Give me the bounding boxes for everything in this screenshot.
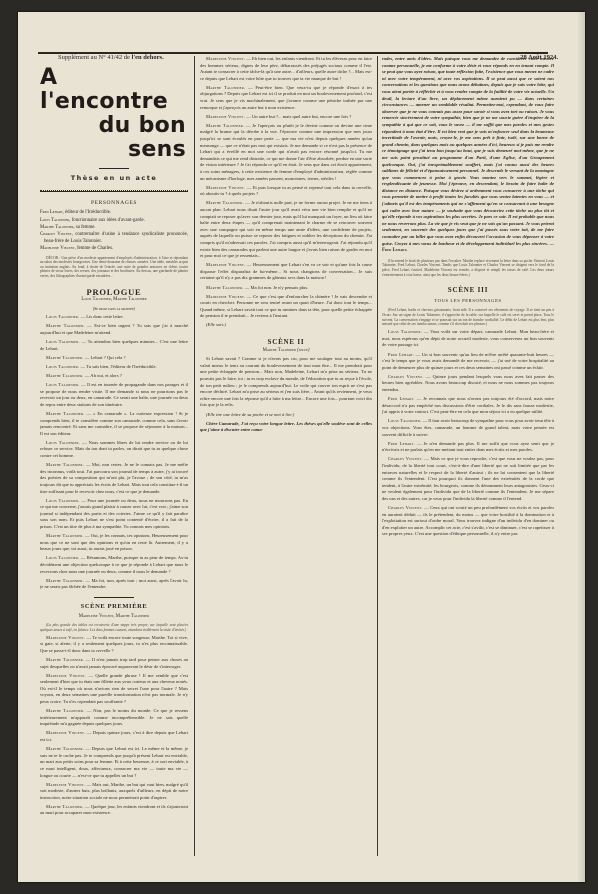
dialogue-line: Madeleine Vincent. — Te voilà encore tou… bbox=[40, 635, 188, 655]
dialogue-line: Madeleine Vincent. — Un autre but ?... m… bbox=[200, 114, 372, 121]
scene3-stage: (Fred Lehart, barbe et cheveux grisonnan… bbox=[382, 308, 554, 326]
scene1-dialogue: Madeleine Vincent. — Te voilà encore tou… bbox=[40, 635, 188, 817]
speaker-name: Madeleine Vincent. bbox=[46, 673, 86, 678]
dialogue-text: — Ma foi non. Je n'y pensais plus. bbox=[244, 285, 309, 290]
speaker-name: Fred Lehart. bbox=[388, 441, 415, 446]
dialogue-text: — Un autre but ?... mais quel autre but,… bbox=[245, 114, 351, 119]
cast-name: Marthe Talonnier, bbox=[40, 225, 75, 230]
dialogue-line: Madeleine Vincent. — Ce que c'est que d'… bbox=[200, 294, 372, 320]
dialogue-line: Madeleine Vincent. — Depuis quinze jours… bbox=[40, 730, 188, 743]
speaker-name: Louis Talonnier. bbox=[46, 314, 79, 319]
dialogue-line: Marthe Talonnier. — Ma foi non. Je n'y p… bbox=[200, 285, 372, 292]
scene-stage-entrance: (On entend le bruit de plusieurs pas dan… bbox=[382, 259, 554, 277]
scene2-heading: SCÈNE II bbox=[200, 339, 372, 346]
speaker-name: Madeleine Vincent. bbox=[206, 294, 245, 299]
dialogue-text: — Lehart ? Qui cela ? bbox=[84, 355, 126, 360]
dialogue-line: Madeleine Vincent. — Quelle grande phras… bbox=[40, 673, 188, 706]
dialogue-line: Marthe Talonnier. — « En camarade ». La … bbox=[40, 411, 188, 437]
speaker-name: Madeleine Vincent. bbox=[206, 262, 245, 267]
dialogue-line: Charles Vincent. — Ceux qui ont scruté u… bbox=[382, 505, 554, 538]
prologue-stage: (Se passe dans la matinée) bbox=[40, 306, 188, 313]
dialogue-line: Madeleine Vincent. — Et puis lorsque tu … bbox=[200, 185, 372, 198]
scene2-monologue: Si Lehart savait ? Comme si je n'avais p… bbox=[200, 356, 372, 409]
cast-entry: Madeleine Vincent, femme de Charles. bbox=[40, 246, 188, 252]
speaker-name: Marthe Talonnier. bbox=[46, 462, 84, 467]
speaker-name: Fred Lehart. bbox=[388, 396, 415, 401]
column-1: A l'encontre du bon sens Thèse en un act… bbox=[40, 56, 188, 861]
letter-start: Chère Camarade, J'ai reçu votre longue l… bbox=[200, 421, 372, 434]
speaker-name: Marthe Talonnier. bbox=[206, 200, 244, 205]
dialogue-line: Marthe Talonnier. — Non, pas le moins du… bbox=[40, 708, 188, 728]
dialogue-line: Marthe Talonnier. — Ah oui, et alors ? bbox=[40, 373, 188, 380]
section-divider bbox=[94, 597, 134, 598]
speaker-name: Marthe Talonnier. bbox=[46, 323, 85, 328]
cast-desc: sa femme. bbox=[75, 225, 96, 230]
speaker-name: Marthe Talonnier. bbox=[46, 804, 84, 809]
speaker-name: Marthe Talonnier. bbox=[206, 285, 244, 290]
dialogue-line: Charles Vincent. — Mais ce que je vous r… bbox=[382, 456, 554, 502]
speaker-name: Madeleine Vincent. bbox=[46, 635, 85, 640]
dialogue-line: Marthe Talonnier. — Depuis que Lehart es… bbox=[40, 746, 188, 779]
column-3: rades, entre amis d'idées. Mais puisque … bbox=[382, 56, 554, 856]
speaker-name: Marthe Talonnier. bbox=[46, 411, 85, 416]
prologue-heading: PROLOGUE bbox=[40, 289, 188, 296]
speaker-name: Louis Talonnier. bbox=[388, 418, 421, 423]
scene3-dialogue: Louis Talonnier. — Vous voilà sur votre … bbox=[382, 329, 554, 538]
dialogue-line: Louis Talonnier. — Lis donc cette lettre… bbox=[40, 314, 188, 321]
speaker-name: Marthe Talonnier. bbox=[46, 657, 84, 662]
personnages-heading: PERSONNAGES bbox=[40, 200, 188, 207]
cast-entry: Marthe Talonnier, sa femme. bbox=[40, 225, 188, 231]
speaker-name: Madeleine Vincent. bbox=[206, 56, 245, 61]
cast-desc: éditeur de l'Irréductible. bbox=[64, 210, 111, 215]
prologue-cast: Louis Talonnier, Marthe Talonnier bbox=[40, 297, 188, 304]
column-divider bbox=[194, 56, 195, 856]
speaker-name: Charles Vincent. bbox=[388, 505, 423, 510]
column-divider bbox=[377, 56, 378, 856]
title-rule bbox=[99, 168, 129, 169]
dialogue-line: Charles Vincent. — Quinze jours pendant … bbox=[382, 374, 554, 394]
letter-text: rades, entre amis d'idées. Mais puisque … bbox=[382, 56, 554, 246]
speaker-name: Fred Lehart. bbox=[388, 352, 414, 357]
dialogue-line: Louis Talonnier. — Il est en tournée de … bbox=[40, 382, 188, 408]
speaker-name: Madeleine Vincent. bbox=[46, 782, 85, 787]
speaker-name: Louis Talonnier. bbox=[46, 382, 80, 387]
scene2-cast-note: (seule) bbox=[297, 348, 309, 353]
dialogue-line: Marthe Talonnier. — Ma foi, non, après t… bbox=[40, 578, 188, 591]
prologue-dialogue: Louis Talonnier. — Lis donc cette lettre… bbox=[40, 314, 188, 590]
speaker-name: Marthe Talonnier. bbox=[46, 578, 84, 583]
dialogue-line: Louis Talonnier. — Pour une journée ou d… bbox=[40, 498, 188, 531]
dialogue-line: Louis Talonnier. — Tu sais bien, l'édite… bbox=[40, 364, 188, 371]
speaker-name: Madeleine Vincent. bbox=[46, 730, 85, 735]
letter-body: rades, entre amis d'idées. Mais puisque … bbox=[382, 56, 554, 255]
speaker-name: Charles Vincent. bbox=[388, 374, 424, 379]
scene1-cast: Madeleine Vincent, Marthe Talonnier bbox=[40, 614, 188, 621]
dialogue-line: Louis Talonnier. — Résumons, Marthe, pui… bbox=[40, 555, 188, 575]
dialogue-line: Louis Talonnier. — Nous sommes libres de… bbox=[40, 440, 188, 460]
dialogue-text: — Tu sais bien, l'éditeur de l'Irréducti… bbox=[79, 364, 156, 369]
cast-desc: fonctionnaire aux idées d'avant-garde. bbox=[71, 218, 145, 223]
speaker-name: Marthe Talonnier. bbox=[46, 355, 84, 360]
dialogue-line: Fred Lehart. — Je reconnais que nous n'a… bbox=[382, 396, 554, 416]
dialogue-line: Marthe Talonnier. — Il n'est jamais trop… bbox=[40, 657, 188, 670]
decor-note: DÉCOR : Une pièce d'un modeste apparteme… bbox=[40, 256, 188, 279]
dialogue-text: — Lis donc cette lettre. bbox=[79, 314, 123, 319]
scene2-cast: Marthe Talonnier (seule) bbox=[200, 348, 372, 355]
speaker-name: Marthe Talonnier. bbox=[46, 373, 84, 378]
dialogue-line: Marthe Talonnier. — Oui, je les connais,… bbox=[40, 533, 188, 553]
speaker-name: Marthe Talonnier. bbox=[206, 85, 245, 90]
speaker-name: Marthe Talonnier. bbox=[206, 123, 244, 128]
cast-name: Fred Lehart, bbox=[40, 210, 64, 215]
speaker-name: Louis Talonnier. bbox=[46, 364, 79, 369]
play-title-line1: A l'encontre bbox=[40, 66, 188, 114]
speaker-name: Louis Talonnier. bbox=[46, 555, 80, 560]
cast-entry: Fred Lehart, éditeur de l'Irréductible. bbox=[40, 210, 188, 216]
speaker-name: Charles Vincent. bbox=[388, 456, 423, 461]
cast-list: Fred Lehart, éditeur de l'Irréductible. … bbox=[40, 210, 188, 252]
column2-dialogue: Madeleine Vincent. — Eh bien oui, les en… bbox=[200, 56, 372, 320]
dialogue-text: — Je n'aboutis nulle part, je ne forme a… bbox=[200, 200, 372, 258]
scene1-stage: (La plus grande des tables est recouvert… bbox=[40, 623, 188, 632]
cast-name: Madeleine Vincent, bbox=[40, 246, 76, 251]
scene3-heading: SCÈNE III bbox=[382, 287, 554, 294]
dialogue-line: Fred Lehart. — Un si bon souvenir qu'au … bbox=[382, 352, 554, 372]
cast-name: Louis Talonnier, bbox=[40, 218, 71, 223]
dialogue-line: Madeleine Vincent. — Heureusement que Le… bbox=[200, 262, 372, 282]
dialogue-line: Marthe Talonnier. — Quelque jour, les en… bbox=[40, 804, 188, 817]
speaker-name: Louis Talonnier. bbox=[46, 440, 80, 445]
dialogue-line: Marthe Talonnier. — Lehart ? Qui cela ? bbox=[40, 355, 188, 362]
cast-desc: femme de Charles. bbox=[76, 246, 113, 251]
play-title-line2: du bon sens bbox=[40, 114, 186, 162]
dialogue-text: — Ah oui, et alors ? bbox=[84, 373, 122, 378]
dialogue-line: Marthe Talonnier. — Je l'aperçois ou plu… bbox=[200, 123, 372, 182]
speaker-name: Louis Talonnier. bbox=[388, 329, 422, 334]
scene2-stage: (Elle tire une lettre de sa poche et se … bbox=[200, 412, 372, 419]
speaker-name: Madeleine Vincent. bbox=[206, 114, 245, 119]
speaker-name: Louis Talonnier. bbox=[46, 339, 80, 344]
dialogue-line: Marthe Talonnier. — Moi, non certes. Je … bbox=[40, 462, 188, 495]
scene2-cast-name: Marthe Talonnier bbox=[263, 348, 296, 353]
dialogue-line: Marthe Talonnier. — Je n'aboutis nulle p… bbox=[200, 200, 372, 259]
play-subtitle: Thèse en un acte bbox=[40, 175, 188, 182]
dotted-rule bbox=[40, 190, 188, 192]
cast-entry: Charles Vincent, contremaître d'usine à … bbox=[40, 232, 188, 245]
dialogue-line: Louis Talonnier. — Il faut avoir beaucou… bbox=[382, 418, 554, 438]
letter-signature: Fred Lehart. bbox=[382, 248, 407, 253]
column-2: Madeleine Vincent. — Eh bien oui, les en… bbox=[200, 56, 372, 856]
speaker-name: Marthe Talonnier. bbox=[46, 533, 84, 538]
dialogue-line: Louis Talonnier. — Tu attendras bien que… bbox=[40, 339, 188, 352]
dialogue-text: — Mais ce que je vous reproche, c'est qu… bbox=[382, 456, 554, 501]
speaker-name: Marthe Talonnier. bbox=[46, 708, 85, 713]
dialogue-line: Madeleine Vincent. — Eh bien oui, les en… bbox=[200, 56, 372, 82]
cast-name: Charles Vincent, bbox=[40, 232, 73, 237]
dialogue-line: Fred Lehart. — Je n'en demande pas plus.… bbox=[382, 441, 554, 454]
scene3-cast: TOUS LES PERSONNAGES bbox=[382, 298, 554, 305]
dialogue-line: Marthe Talonnier. — Est-ce bien urgent ?… bbox=[40, 323, 188, 336]
speaker-name: Louis Talonnier. bbox=[46, 498, 80, 503]
speaker-name: Marthe Talonnier. bbox=[46, 746, 84, 751]
speaker-name: Madeleine Vincent. bbox=[206, 185, 245, 190]
exit-stage: (Elle sort.) bbox=[200, 322, 372, 329]
dialogue-line: Louis Talonnier. — Vous voilà sur votre … bbox=[382, 329, 554, 349]
dialogue-text: — Je l'aperçois ou plutôt je le devine c… bbox=[200, 123, 372, 181]
dialogue-line: Madeleine Vincent. — Mais oui, Marthe, u… bbox=[40, 782, 188, 802]
scene1-heading: SCÈNE PREMIÈRE bbox=[40, 604, 188, 611]
header-rule bbox=[38, 52, 548, 54]
dialogue-line: Marthe Talonnier. — Peut-être bien. Que … bbox=[200, 85, 372, 111]
cast-entry: Louis Talonnier, fonctionnaire aux idées… bbox=[40, 218, 188, 224]
